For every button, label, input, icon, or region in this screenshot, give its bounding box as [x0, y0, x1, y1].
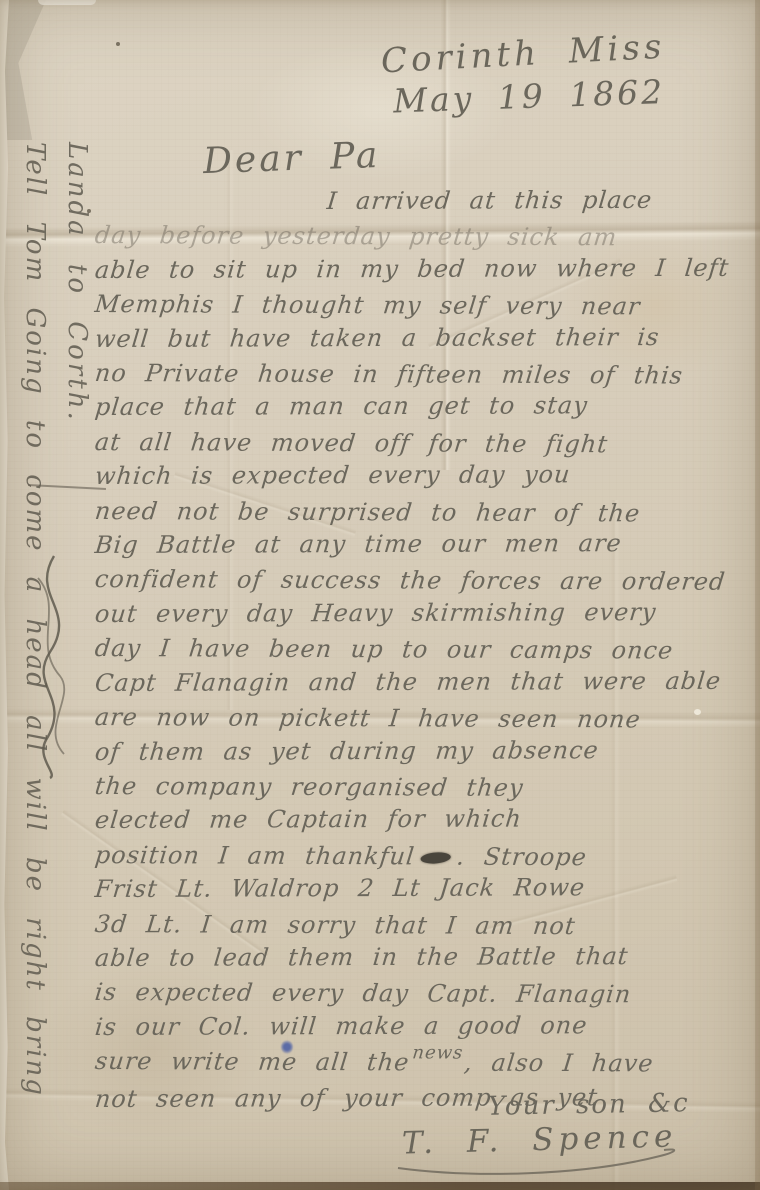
letter-line: Capt Flanagin and the men that were able — [93, 664, 717, 701]
bottom-edge-shadow — [0, 1182, 760, 1190]
salutation: Dear Pa — [202, 135, 381, 182]
letter-line: are now on pickett I have seen none — [93, 700, 716, 737]
letter-line: is our Col. will make a good one — [93, 1008, 717, 1045]
letter-line: able to lead them in the Battle that — [93, 939, 717, 976]
torn-edge-top — [38, 0, 96, 5]
paper-chip — [694, 709, 701, 715]
right-edge-shadow — [755, 0, 760, 1190]
letter-line: of them as yet during my absence — [93, 732, 717, 769]
letter-line-text: . Stroope — [455, 842, 588, 871]
letter-line: 3d Lt. I am sorry that I am not — [93, 907, 716, 944]
letter-line: Memphis I thought my self very near — [93, 287, 716, 324]
letter-paper: Corinth Miss May 19 1862 Dear Pa I arriv… — [0, 0, 760, 1190]
letter-body: I arrived at this place day before yeste… — [95, 184, 715, 1116]
torn-edge-left — [0, 0, 9, 1190]
letter-line: place that a man can get to stay — [93, 388, 717, 425]
inserted-word: news — [411, 1037, 466, 1072]
letter-line: confident of success the forces are orde… — [93, 562, 716, 599]
letter-line: Frist Lt. Waldrop 2 Lt Jack Rowe — [93, 870, 717, 907]
margin-scribble — [20, 548, 84, 783]
ink-blot — [420, 851, 451, 864]
letter-line: day before yesterday pretty sick am — [93, 218, 716, 255]
letter-line: I arrived at this place — [325, 183, 717, 219]
letter-header: Corinth Miss May 19 1862 — [380, 27, 668, 124]
letter-line-text: , also I have — [463, 1049, 655, 1078]
letter-line: which is expected every day you — [93, 457, 717, 494]
letter-line: out every day Heavy skirmishing every — [93, 595, 717, 632]
header-date: May 19 1862 — [393, 72, 669, 121]
letter-line-with-insert: sure write me all thenews, also I have — [93, 1044, 717, 1084]
letter-line: Big Battle at any time our men are — [93, 526, 717, 563]
letter-line: day I have been up to our camps once — [93, 631, 716, 668]
letter-line-text: position I am thankful — [93, 841, 416, 870]
ink-speck — [87, 209, 91, 213]
letter-line: well but have taken a backset their is — [93, 319, 717, 356]
letter-line-text: sure write me all the — [94, 1047, 411, 1076]
ink-speck — [116, 42, 120, 46]
blue-ink-blot — [281, 1040, 293, 1054]
letter-line: is expected every day Capt. Flanagin — [93, 975, 716, 1012]
letter-line: able to sit up in my bed now where I lef… — [93, 251, 717, 288]
signature-flourish — [392, 1146, 692, 1180]
letter-line: elected me Captain for which — [93, 801, 717, 838]
closing: Your son &c — [488, 1088, 690, 1122]
